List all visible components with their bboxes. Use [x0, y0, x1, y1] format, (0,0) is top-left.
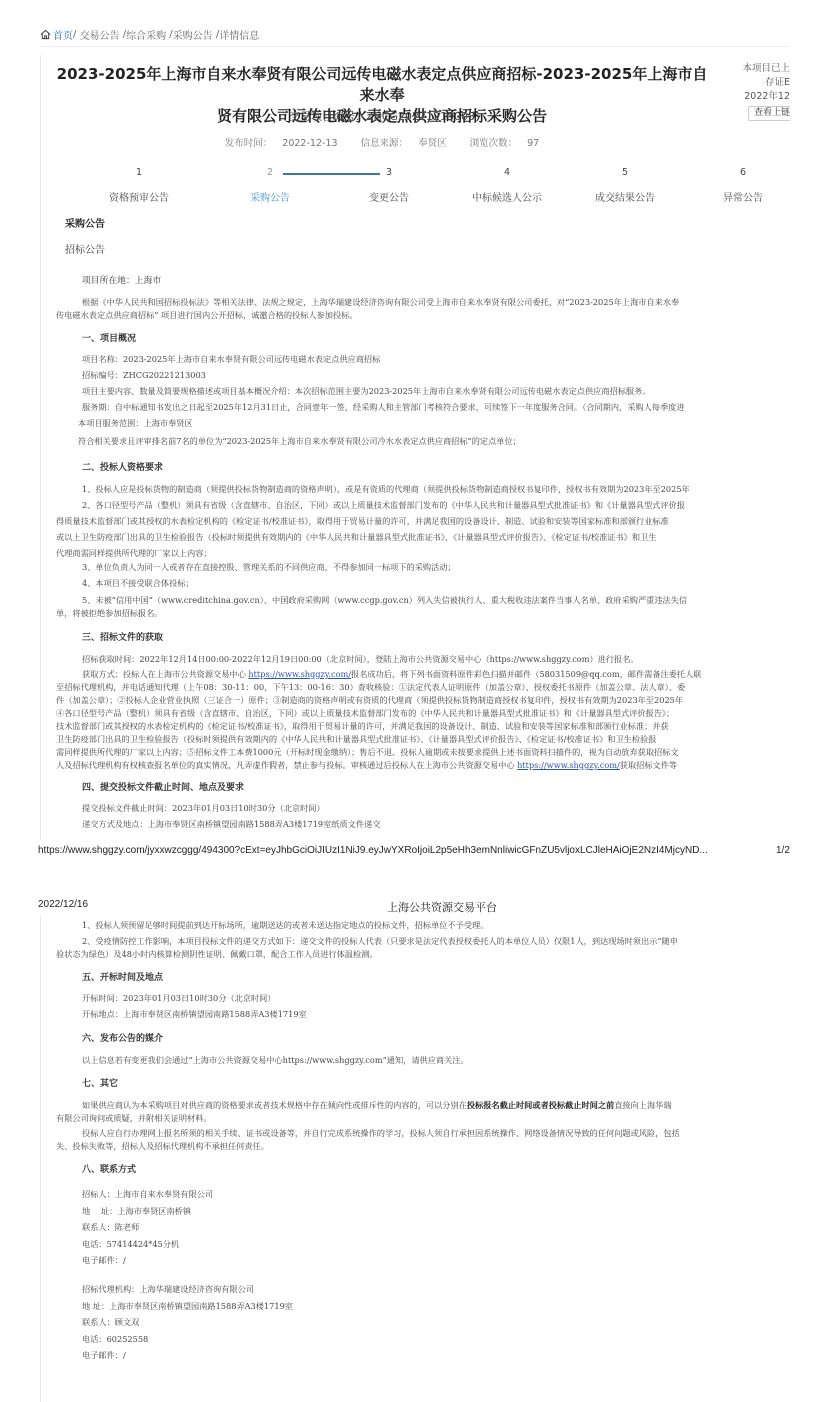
other-note: 如果供应商认为本采购项目对供应商的资格要求或者技术规格中存在倾向性或排斥性的内容…	[82, 1100, 790, 1111]
qualification-item: 2、各口径型号产品（整机）须具有省级（含直辖市、自治区，下同）或以上质量技术监督…	[82, 500, 790, 511]
section-title: 六、发布公告的媒介	[82, 1031, 163, 1044]
opening-time: 开标时间：2023年01月03日10时30分（北京时间）	[82, 993, 790, 1004]
step-label: 中标候选人公示	[447, 189, 567, 204]
acquisition-line: 至招标代理机构，并电话通知代理（上午08：30-11：00，下午13：00-16…	[56, 682, 790, 693]
other-note: 投标人应自行办理网上报名所须的相关手续、证书或设备等，并自行完成系统操作的学习，…	[82, 1128, 790, 1139]
views-count: 97	[527, 138, 539, 149]
acquisition-line: 需同样提供所代理的厂家以上内容；⑤招标文件工本费1000元（开标时现金缴纳）；售…	[56, 747, 790, 758]
source-value: 奉贤区	[418, 138, 447, 149]
project-code-label: 交易项目编号：	[289, 110, 366, 123]
sub-heading: 招标公告	[65, 241, 105, 256]
tenderer-contact-person: 联系人：陈老师	[82, 1219, 213, 1236]
project-code: 交易项目编号：ZHCG20221213003	[52, 108, 712, 124]
project-name: 项目名称：2023-2025年上海市自来水奉贤有限公司远传电磁水表定点供应商招标	[82, 354, 380, 365]
agent-contact: 招标代理机构：上海华瑞建设经济咨询有限公司 地 址：上海市奉贤区南桥镇望园南路1…	[82, 1281, 293, 1364]
submission-note: 验状态为绿色）及48小时内核算检测阴性证明、佩戴口罩，配合工作人员进行体温检测。	[56, 949, 790, 960]
section-title: 七、其它	[82, 1076, 118, 1089]
section-title: 二、投标人资格要求	[82, 460, 163, 473]
acquisition-line: 人及招标代理机构有权核查报名单位的真实情况，凡弄虚作假者，禁止参与投标。审核通过…	[56, 760, 790, 771]
print-page-number: 1/2	[776, 845, 790, 856]
step-candidate-notice[interactable]: 4 中标候选人公示	[447, 166, 567, 204]
qualification-item: 3、单位负责人为同一人或者存在直接控股、管理关系的不同供应商，不得参加同一标项下…	[82, 562, 790, 573]
publish-date: 2022-12-13	[282, 138, 337, 149]
qualification-item: 或以上卫生防疫部门出具的卫生检验报告（投标时须提供有效期内的《中华人民共和计量器…	[56, 532, 790, 543]
step-number: 6	[683, 166, 803, 180]
media-note: 以上信息若有变更我们会通过“上海市公共资源交易中心https://www.shg…	[82, 1055, 790, 1066]
qualification-item: 代理商需同样提供所代理的厂家以上内容；	[56, 548, 790, 559]
section-title: 一、项目概况	[82, 331, 136, 344]
step-procurement-notice[interactable]: 2 采购公告	[210, 166, 330, 204]
intro-line: 传电磁水表定点供应商招标” 项目进行国内公开招标，诚邀合格的投标人参加投标。	[56, 310, 790, 321]
blockchain-date: 2022年12	[728, 90, 790, 104]
qualification-item: 1、投标人应是投标货物的制造商（须提供投标货物制造商的资格声明），或是有资质的代…	[82, 484, 790, 495]
submission-place: 递交方式及地点：上海市奉贤区南桥镇望园南路1588弄A3楼1719室纸质文件递交	[82, 819, 790, 830]
tenderer-contact: 招标人：上海市自来水奉贤有限公司 地 址：上海市奉贤区南桥镇 联系人：陈老师 电…	[82, 1186, 213, 1269]
service-scope: 本项目服务范围：上海市奉贤区	[78, 418, 790, 429]
print-url: https://www.shggzy.com/jyxxwzcggg/494300…	[38, 845, 768, 856]
step-result-notice[interactable]: 5 成交结果公告	[565, 166, 685, 204]
project-location: 项目所在地：上海市	[82, 273, 161, 286]
divider	[40, 46, 790, 47]
publish-label: 发布时间：	[225, 138, 273, 149]
step-exception-notice[interactable]: 6 异常公告	[683, 166, 803, 204]
breadcrumb-general-procurement[interactable]: 综合采购	[126, 27, 166, 42]
acquisition-line: 件（加盖公章）；②投标人企业营业执照（三证合一）原件；③制造商的资格声明或有资质…	[56, 695, 790, 706]
view-blockchain-button[interactable]: 查看上链	[748, 106, 790, 121]
project-content: 项目主要内容、数量及简要规格描述或项目基本概况介绍：本次招标范围主要为2023-…	[82, 386, 790, 397]
breadcrumb-details: 详情信息	[219, 27, 259, 42]
breadcrumb-trading-notices[interactable]: 交易公告	[80, 27, 120, 42]
document-acquisition-time: 招标获取时间：2022年12月14日00:00-2022年12月19日00:00…	[82, 654, 790, 665]
home-icon[interactable]	[40, 29, 51, 40]
meta-info: 发布时间：2022-12-13 信息来源：奉贤区 浏览次数：97	[52, 135, 712, 149]
shggzy-link[interactable]: https://www.shggzy.com/	[517, 760, 620, 770]
section-title: 三、招标文件的获取	[82, 630, 163, 643]
tender-code: 招标编号：ZHCG20221213003	[82, 370, 206, 381]
agent-address: 地 址：上海市奉贤区南桥镇望园南路1588弄A3楼1719室	[82, 1298, 293, 1315]
agent-name: 招标代理机构：上海华瑞建设经济咨询有限公司	[82, 1281, 293, 1298]
section-title: 五、开标时间及地点	[82, 970, 163, 983]
step-number: 5	[565, 166, 685, 180]
step-number: 1	[79, 166, 199, 180]
step-change-notice[interactable]: 3 变更公告	[329, 166, 449, 204]
step-label: 异常公告	[683, 189, 803, 204]
project-code-value: ZHCG20221213003	[366, 110, 475, 123]
section-title: 八、联系方式	[82, 1162, 136, 1175]
qualification-item: 单，将被拒绝参加招标报名。	[56, 608, 790, 619]
breadcrumb: 首页 / 交易公告 / 综合采购 / 采购公告 / 详情信息	[40, 27, 259, 42]
title-line-1: 2023-2025年上海市自来水奉贤有限公司远传电磁水表定点供应商招标-2023…	[52, 64, 712, 106]
qualification-item: 得质量技术监督部门或其授权的水表检定机构的《检定证书/校准证书》，取得用于贸易计…	[56, 516, 790, 527]
other-note: 有限公司询问或质疑，并附相关证明材料。	[56, 1113, 790, 1124]
card-border	[40, 915, 41, 1402]
breadcrumb-procurement-notice[interactable]: 采购公告	[173, 27, 213, 42]
agent-contact-person: 联系人：顾文双	[82, 1314, 293, 1331]
step-number: 4	[447, 166, 567, 180]
acquisition-line: ④各口径型号产品（整机）须具有省级（含直辖市、自治区，下同）或以上质量技术监督部…	[56, 708, 790, 719]
process-stepper: 1 资格预审公告 2 采购公告 3 变更公告 4 中标候选人公示 5 成交结果公…	[40, 166, 790, 206]
submission-note: 2、受疫情防控工作影响，本项目投标文件的递交方式如下：递交文件的投标人代表（只要…	[82, 936, 790, 947]
step-label: 资格预审公告	[79, 189, 199, 204]
qualification-item: 5、未被“信用中国”（www.creditchina.gov.cn）、中国政府采…	[82, 595, 790, 606]
blockchain-info-line: 存证E	[728, 76, 790, 90]
qualification-item: 4、本项目不接受联合体投标；	[82, 578, 790, 589]
document-acquisition-method: 获取方式：投标人在上海市公共资源交易中心 https://www.shggzy.…	[82, 669, 790, 680]
views-label: 浏览次数：	[470, 138, 518, 149]
shggzy-link[interactable]: https://www.shggzy.com/	[248, 669, 351, 679]
step-label: 变更公告	[329, 189, 449, 204]
submission-deadline: 提交投标文件截止时间：2023年01月03日10时30分（北京时间）	[82, 803, 790, 814]
opening-place: 开标地点：上海市奉贤区南桥镇望园南路1588弄A3楼1719室	[82, 1009, 790, 1020]
acquisition-line: 技术监督部门或其授权的水表检定机构的《检定证书/校准证书》，取得用于贸易计量的许…	[56, 721, 790, 732]
ranking-note: 符合相关要求且评审排名前7名的单位为“2023-2025年上海市自来水奉贤有限公…	[78, 436, 790, 447]
source-label: 信息来源：	[361, 138, 409, 149]
print-site-title: 上海公共资源交易平台	[362, 899, 522, 915]
intro-line: 根据《中华人民共和国招标投标法》等相关法律、法规之规定，上海华瑞建设经济咨询有限…	[82, 297, 790, 308]
tenderer-name: 招标人：上海市自来水奉贤有限公司	[82, 1186, 213, 1203]
agent-email: 电子邮件：/	[82, 1347, 293, 1364]
blockchain-info: 本项目已上 存证E 2022年12	[728, 62, 790, 104]
acquisition-line: 卫生防疫部门出具的卫生检验报告（投标时须提供有效期内的《中华人民共和计量器具型式…	[56, 734, 790, 745]
step-number: 3	[329, 166, 449, 180]
blockchain-info-line: 本项目已上	[728, 62, 790, 76]
tenderer-email: 电子邮件：/	[82, 1252, 213, 1269]
print-date: 2022/12/16	[38, 899, 88, 910]
tenderer-phone: 电话：57414424*45分机	[82, 1236, 213, 1253]
service-period: 服务期：自中标通知书发出之日起至2025年12月31日止，合同壹年一签，经采购人…	[82, 402, 790, 413]
other-note: 失、投标失败等，招标人及招标代理机构不承担任何责任。	[56, 1141, 790, 1152]
step-number: 2	[210, 166, 330, 180]
submission-note: 1、投标人须预留足够时间提前到达开标场所，逾期送达的或者未送达指定地点的投标文件…	[82, 920, 790, 931]
step-prequalification[interactable]: 1 资格预审公告	[79, 166, 199, 204]
breadcrumb-home[interactable]: 首页	[53, 27, 73, 42]
step-label: 采购公告	[210, 189, 330, 204]
tenderer-address: 地 址：上海市奉贤区南桥镇	[82, 1203, 213, 1220]
section-title: 四、提交投标文件截止时间、地点及要求	[82, 780, 244, 793]
section-heading: 采购公告	[65, 215, 105, 230]
step-label: 成交结果公告	[565, 189, 685, 204]
agent-phone: 电话：60252558	[82, 1331, 293, 1348]
